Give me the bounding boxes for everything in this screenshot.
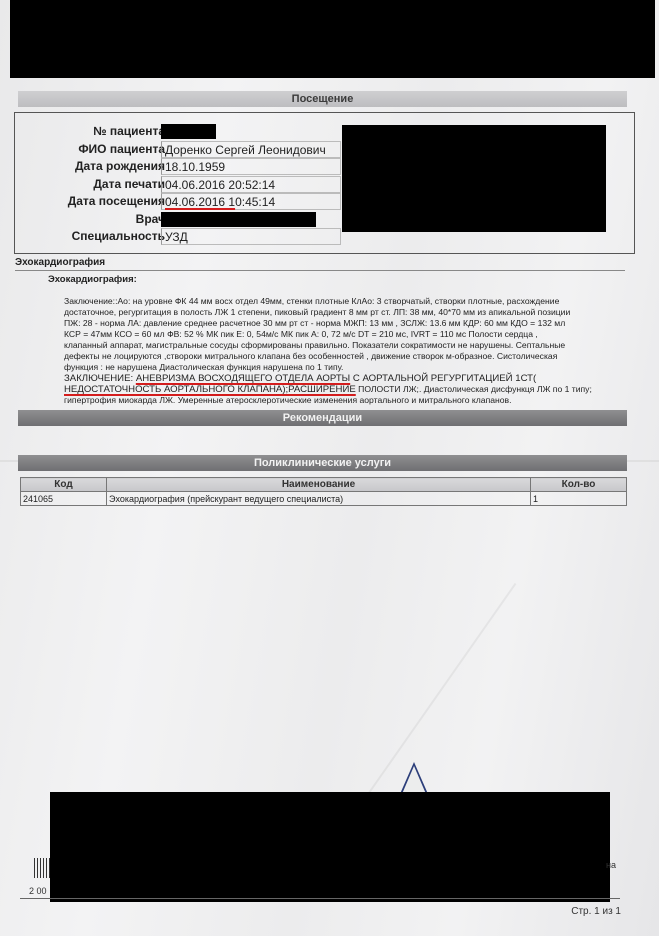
conclusion-line-2: НЕДОСТАТОЧНОСТЬ АОРТАЛЬНОГО КЛАПАНА);РАС… bbox=[64, 384, 624, 395]
col-qty: Кол-во bbox=[531, 478, 627, 492]
services-header: Поликлинические услуги bbox=[18, 455, 627, 471]
exam-text-line: функция : не нарушена Диастолическая фун… bbox=[64, 362, 624, 373]
exam-text-line: дефекты не лоцируются ,створоки митральн… bbox=[64, 351, 624, 362]
visit-time-rest: 0:45:14 bbox=[235, 195, 275, 209]
info-row: ФИО пациента bbox=[15, 141, 165, 158]
col-code: Код bbox=[21, 478, 107, 492]
cell-code: 241065 bbox=[21, 492, 107, 506]
info-label: ФИО пациента bbox=[15, 141, 165, 158]
conclusion-rest: С АОРТАЛЬНОЙ РЕГУРГИТАЦИЕЙ 1СТ( bbox=[350, 373, 536, 384]
info-row: № пациента bbox=[15, 123, 165, 140]
cell-name: Эхокардиография (прейскурант ведущего сп… bbox=[107, 492, 531, 506]
conclusion-prefix: ЗАКЛЮЧЕНИЕ: bbox=[64, 373, 136, 384]
paper-crease bbox=[366, 583, 517, 797]
conclusion-rest-2: ПОЛОСТИ ЛЖ;. Диастолическая дисфункця ЛЖ… bbox=[356, 384, 592, 394]
divider bbox=[15, 270, 625, 271]
info-value: 04.06.2016 10:45:14 bbox=[161, 193, 341, 210]
exam-section-title: Эхокардиография bbox=[15, 257, 105, 268]
info-label: № пациента bbox=[15, 123, 165, 140]
info-row: Дата посещения bbox=[15, 193, 165, 210]
redacted-value bbox=[161, 124, 216, 139]
exam-text-line: Заключение::Ао: на уровне ФК 44 мм восх … bbox=[64, 296, 624, 307]
exam-text-line: клапанный аппарат, магистральные сосуды … bbox=[64, 340, 624, 351]
recommendations-header: Рекомендации bbox=[18, 410, 627, 426]
info-row: Дата печати bbox=[15, 176, 165, 193]
exam-subtitle: Эхокардиография: bbox=[48, 274, 137, 285]
table-row: 241065Эхокардиография (прейскурант ведущ… bbox=[21, 492, 627, 506]
conclusion-highlight-2: НЕДОСТАТОЧНОСТЬ АОРТАЛЬНОГО КЛАПАНА);РАС… bbox=[64, 384, 356, 395]
info-label: Дата рождения bbox=[15, 158, 165, 175]
col-name: Наименование bbox=[107, 478, 531, 492]
info-row: Специальность bbox=[15, 228, 165, 245]
info-label: Специальность bbox=[15, 228, 165, 245]
visit-section-header: Посещение bbox=[18, 91, 627, 107]
exam-text-line: КСР = 47мм КСО = 60 мл ФВ: 52 % МК пик Е… bbox=[64, 329, 624, 340]
conclusion-highlight: АНЕВРИЗМА ВОСХОДЯЩЕГО ОТДЕЛА АОРТЫ bbox=[136, 373, 350, 384]
redacted-footer bbox=[50, 792, 610, 902]
info-value: Доренко Сергей Леонидович bbox=[161, 141, 341, 158]
exam-text: Заключение::Ао: на уровне ФК 44 мм восх … bbox=[64, 296, 624, 406]
info-row: Врач bbox=[15, 211, 165, 228]
services-table: Код Наименование Кол-во 241065Эхокардиог… bbox=[20, 477, 627, 506]
cell-qty: 1 bbox=[531, 492, 627, 506]
footer-trailing-text: на bbox=[606, 860, 616, 870]
exam-text-line: ПЖ: 28 - норма ЛА: давление среднее расч… bbox=[64, 318, 624, 329]
footer-divider bbox=[20, 898, 620, 899]
exam-text-line: достаточное, регургитация в полость ЛЖ 1… bbox=[64, 307, 624, 318]
stamp-triangle-inner bbox=[402, 766, 426, 794]
conclusion-line-1: ЗАКЛЮЧЕНИЕ: АНЕВРИЗМА ВОСХОДЯЩЕГО ОТДЕЛА… bbox=[64, 373, 624, 384]
info-label: Врач bbox=[15, 211, 165, 228]
barcode-number: 2 00 bbox=[29, 886, 47, 896]
page-number: Стр. 1 из 1 bbox=[571, 906, 621, 917]
redacted-value bbox=[161, 212, 316, 227]
info-label: Дата посещения bbox=[15, 193, 165, 210]
info-row: Дата рождения bbox=[15, 158, 165, 175]
info-value: 18.10.1959 bbox=[161, 158, 341, 175]
info-value: 04.06.2016 20:52:14 bbox=[161, 176, 341, 193]
visit-date-highlight: 04.06.2016 1 bbox=[165, 195, 235, 209]
conclusion-line-3: гипертрофия миокарда ЛЖ. Умеренные атеро… bbox=[64, 395, 624, 406]
redacted-patient-panel bbox=[342, 125, 606, 232]
info-value: УЗД bbox=[161, 228, 341, 245]
redacted-header bbox=[10, 0, 655, 78]
info-label: Дата печати bbox=[15, 176, 165, 193]
